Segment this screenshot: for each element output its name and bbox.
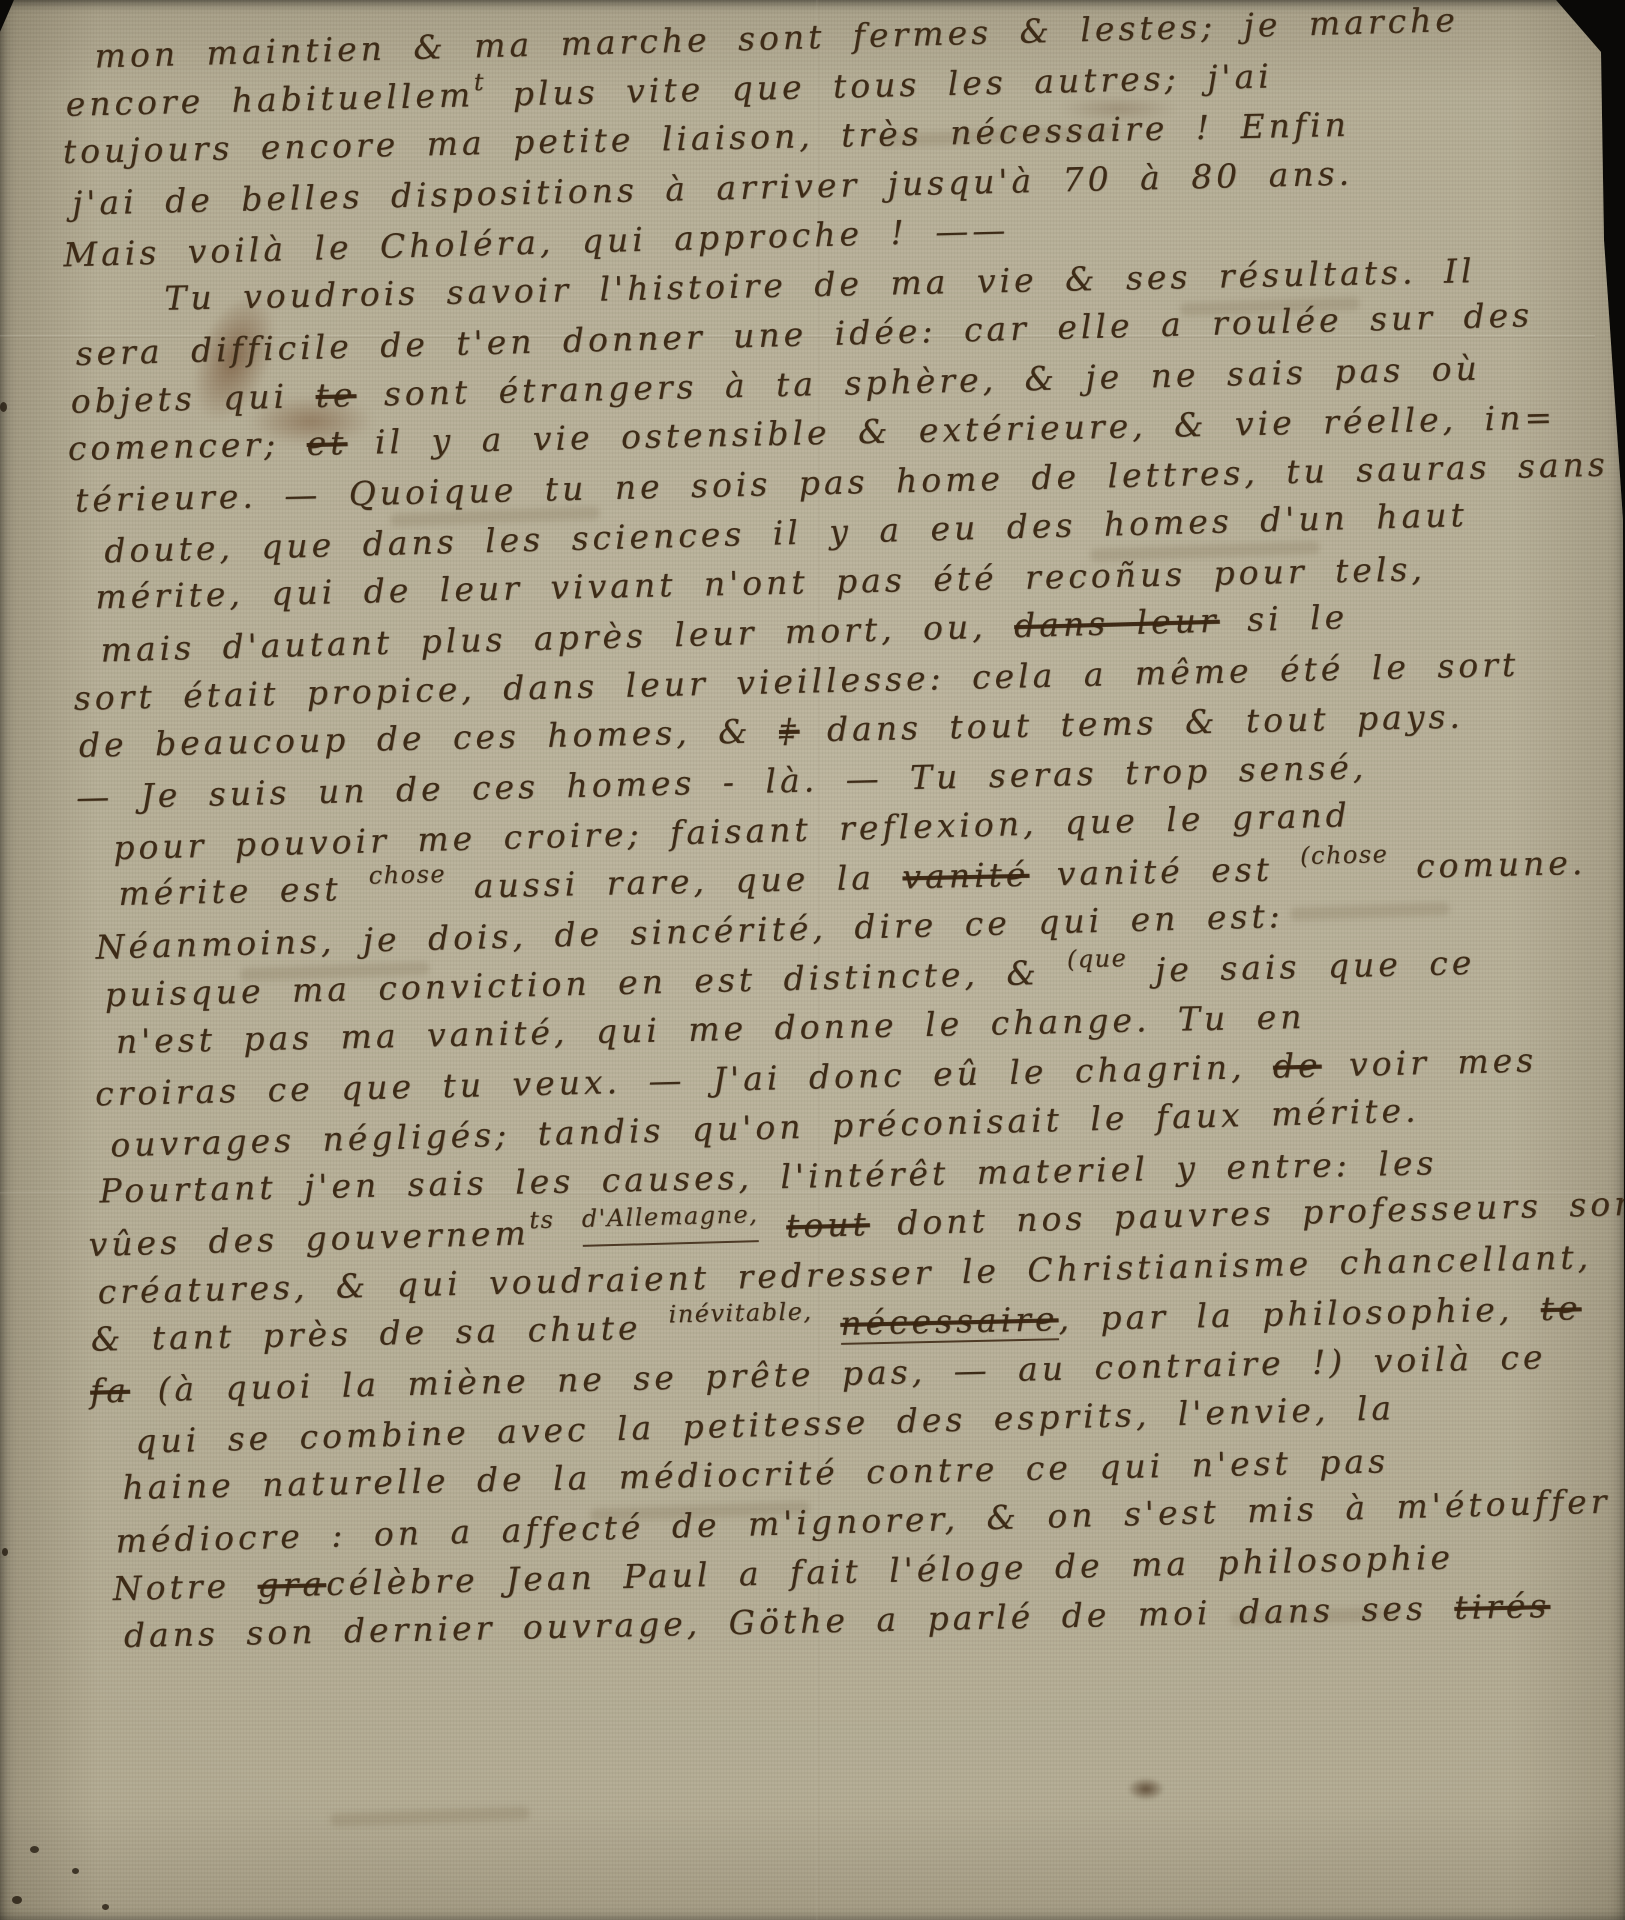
ink-blot [1128, 1778, 1164, 1800]
edge-speck [72, 1868, 79, 1874]
letter-text: comune. [1388, 842, 1586, 885]
interlinear-insertion: chose [368, 850, 446, 901]
letter-text: voir mes [1321, 1040, 1537, 1084]
scan-background: { "document": { "kind": "scanned handwri… [0, 0, 1625, 1920]
crossed-out-text: te [315, 375, 357, 415]
edge-speck [0, 402, 7, 412]
interlinear-insertion: inévitable, [668, 1287, 813, 1340]
interlinear-insertion: ts [529, 1196, 555, 1246]
interlinear-insertion: t [473, 57, 485, 107]
letter-text: comencer; [67, 424, 307, 468]
crossed-out-text: de [1272, 1045, 1322, 1085]
crossed-out-text: te [1540, 1288, 1582, 1328]
letter-text: si le [1219, 597, 1349, 639]
crossed-out-text: fa [90, 1370, 131, 1410]
letter-text: , par la philosophie, [1058, 1289, 1541, 1338]
letter-text: objets qui [70, 376, 316, 421]
letter-text: je sais que ce [1127, 942, 1476, 989]
interlinear-insertion: (chose [1300, 830, 1389, 881]
crossed-out-text: ‡ [779, 711, 800, 750]
interlinear-insertion: d'Allemagne, [581, 1190, 759, 1246]
letter-text: encore habituellem [65, 75, 474, 124]
crossed-out-text: tirés [1454, 1586, 1551, 1627]
letter-page: mon maintien & ma marche sont fermes & l… [0, 0, 1625, 1920]
edge-speck [2, 1548, 8, 1556]
crossed-out-text: nécessaire [840, 1299, 1059, 1345]
edge-speck [30, 1846, 39, 1853]
letter-text: Notre [112, 1565, 258, 1607]
edge-speck [12, 1896, 22, 1904]
letter-text [812, 1304, 840, 1344]
interlinear-insertion: (que [1066, 934, 1128, 985]
letter-text: vûes des gouvernem [88, 1213, 530, 1264]
edge-speck [102, 1904, 109, 1910]
letter-text: aussi rare, que la [446, 857, 903, 906]
crossed-out-text: et [306, 423, 348, 463]
letter-text: de beaucoup de ces homes, & [78, 711, 779, 765]
letter-text [554, 1212, 583, 1252]
crossed-out-text: gra [257, 1564, 326, 1605]
crossed-out-text: dans leur [1014, 601, 1221, 645]
letter-body: mon maintien & ma marche sont fermes & l… [58, 0, 1625, 1663]
letter-text: mérite est [118, 868, 369, 912]
letter-text: & tant près de sa chute [90, 1307, 669, 1358]
crossed-out-text: tout [786, 1204, 871, 1245]
letter-text: vanité est [1029, 849, 1301, 894]
crossed-out-text: vanité [902, 854, 1030, 896]
letter-text [758, 1206, 787, 1246]
